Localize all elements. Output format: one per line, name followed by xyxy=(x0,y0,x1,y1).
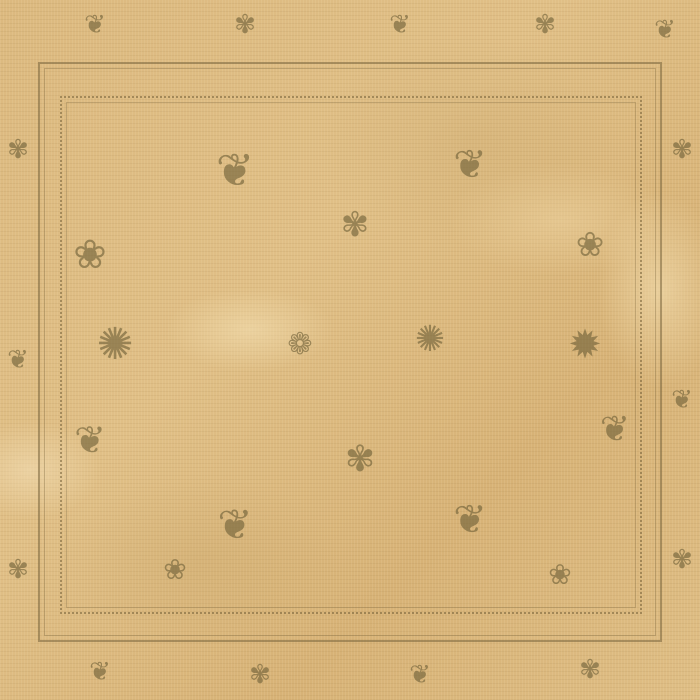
floral-motif-icon: ✺ xyxy=(415,322,445,358)
floral-motif-icon: ✾ xyxy=(7,137,29,163)
floral-motif-icon: ✹ xyxy=(568,325,602,365)
floral-motif-icon: ❁ xyxy=(287,330,312,360)
floral-motif-icon: ❦ xyxy=(654,17,676,43)
floral-motif-icon: ✾ xyxy=(345,442,375,478)
field-border-inner-line xyxy=(66,102,636,608)
floral-motif-icon: ❦ xyxy=(389,12,411,38)
floral-motif-icon: ❦ xyxy=(84,12,106,38)
floral-motif-icon: ❦ xyxy=(74,421,106,459)
rug-photo: ❦❦✾❀❀✺✺✹❁❦✾❦❦❦❀❀❦✾❦✾❦✾❦✾✾❦✾❦✾❦✾ xyxy=(0,0,700,700)
floral-motif-icon: ❀ xyxy=(73,235,107,275)
floral-motif-icon: ❦ xyxy=(89,659,111,685)
floral-motif-icon: ❦ xyxy=(671,387,693,413)
floral-motif-icon: ✾ xyxy=(249,662,271,688)
floral-motif-icon: ❦ xyxy=(453,145,487,185)
floral-motif-icon: ❦ xyxy=(453,500,487,540)
floral-motif-icon: ❦ xyxy=(217,504,252,546)
floral-motif-icon: ❦ xyxy=(600,412,630,448)
floral-motif-icon: ✾ xyxy=(7,557,29,583)
floral-motif-icon: ❦ xyxy=(7,347,29,373)
floral-motif-icon: ❀ xyxy=(548,561,571,589)
floral-motif-icon: ❦ xyxy=(216,147,255,193)
floral-motif-icon: ✺ xyxy=(97,323,134,367)
floral-motif-icon: ✾ xyxy=(579,657,601,683)
floral-motif-icon: ❀ xyxy=(576,228,605,262)
floral-motif-icon: ✾ xyxy=(234,12,256,38)
floral-motif-icon: ✾ xyxy=(534,12,556,38)
floral-motif-icon: ✾ xyxy=(671,137,693,163)
floral-motif-icon: ❦ xyxy=(409,662,431,688)
floral-motif-icon: ✾ xyxy=(341,208,370,242)
floral-motif-icon: ❀ xyxy=(163,556,186,584)
floral-motif-icon: ✾ xyxy=(671,547,693,573)
